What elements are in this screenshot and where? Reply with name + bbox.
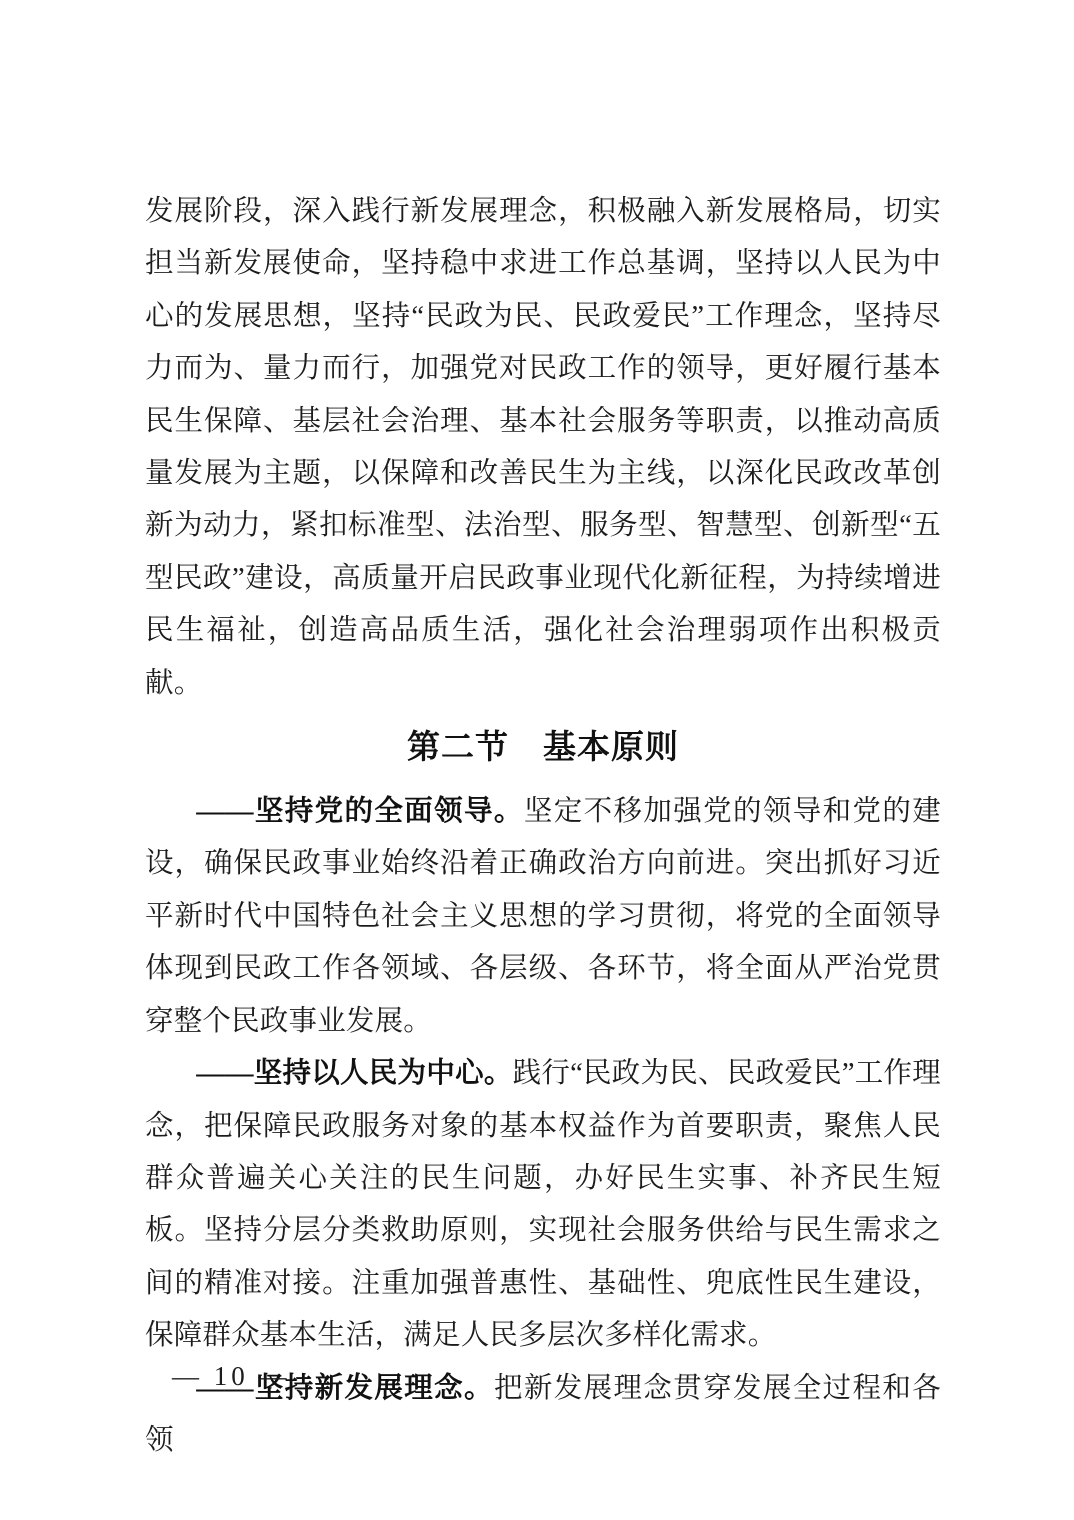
- document-content: 发展阶段，深入践行新发展理念，积极融入新发展格局，切实担当新发展使命，坚持稳中求…: [145, 186, 941, 1467]
- page-number: — 10 —: [172, 1356, 291, 1396]
- paragraph-principle-party-leadership: ——坚持党的全面领导。坚定不移加强党的领导和党的建设，确保民政事业始终沿着正确政…: [145, 786, 941, 1048]
- document-page: 发展阶段，深入践行新发展理念，积极融入新发展格局，切实担当新发展使命，坚持稳中求…: [0, 0, 1074, 1520]
- section-heading: 第二节 基本原则: [145, 721, 941, 775]
- paragraph-lead: ——坚持党的全面领导。: [196, 796, 524, 827]
- paragraph-principle-people-centered: ——坚持以人民为中心。践行“民政为民、民政爱民”工作理念，把保障民政服务对象的基…: [145, 1048, 941, 1362]
- paragraph-continued: 发展阶段，深入践行新发展理念，积极融入新发展格局，切实担当新发展使命，坚持稳中求…: [145, 186, 941, 710]
- paragraph-lead: ——坚持以人民为中心。: [196, 1058, 512, 1089]
- paragraph-body: 践行“民政为民、民政爱民”工作理念，把保障民政服务对象的基本权益作为首要职责，聚…: [145, 1058, 941, 1351]
- paragraph-body: 坚定不移加强党的领导和党的建设，确保民政事业始终沿着正确政治方向前进。突出抓好习…: [145, 796, 941, 1037]
